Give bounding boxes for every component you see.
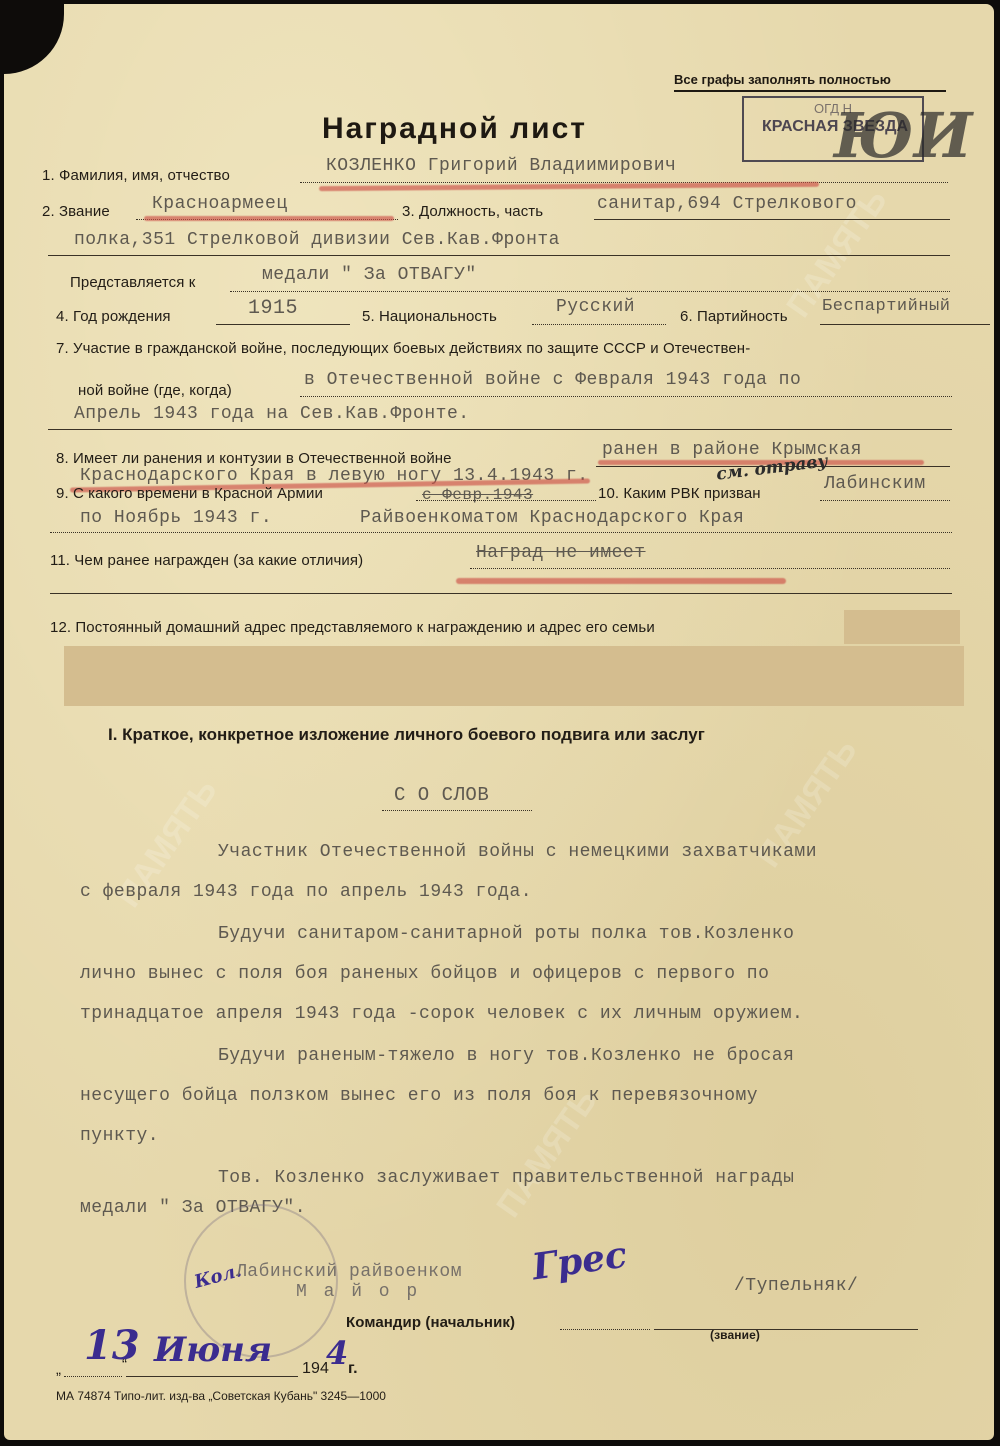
field9-line (416, 500, 596, 501)
narrative-line: несущего бойца ползком вынес его из поля… (80, 1086, 758, 1106)
date-year-prefix: 194 (302, 1360, 329, 1378)
date-open-quote: „ (56, 1361, 61, 1378)
field8-label: 8. Имеет ли ранения и контузии в Отечест… (56, 450, 452, 467)
field11-line (470, 568, 950, 569)
redacted-block (844, 610, 960, 644)
red-underline (144, 216, 394, 221)
field9-10-line-continued (50, 532, 952, 533)
signatory-name: /Тупельняк/ (734, 1276, 858, 1296)
signature: Грес (530, 1234, 630, 1289)
field10-value: Лабинским (824, 474, 926, 494)
narrative-line: с февраля 1943 года по апрель 1943 года. (80, 882, 532, 902)
field3-label: 3. Должность, часть (402, 203, 543, 220)
subtitle-underline (382, 810, 532, 811)
field12-label: 12. Постоянный домашний адрес представля… (50, 619, 655, 636)
field4-line (216, 324, 350, 325)
narrative-line: Участник Отечественной войны с немецкими… (218, 842, 817, 862)
field3-line (594, 219, 950, 220)
redacted-address (64, 646, 964, 706)
field6-label: 6. Партийность (680, 308, 788, 325)
pencil-mark: ЮИ (834, 99, 972, 172)
field11-value: Наград не имеет (476, 543, 646, 563)
field4-value: 1915 (248, 297, 298, 320)
red-underline (456, 578, 786, 584)
field10-label: 10. Каким РВК призван (598, 485, 761, 502)
field3-value-continued: полка,351 Стрелковой дивизии Сев.Кав.Фро… (74, 230, 560, 250)
section1-title: I. Краткое, конкретное изложение личного… (108, 725, 705, 745)
commander-label: Командир (начальник) (346, 1314, 515, 1331)
narrative-line: Тов. Козленко заслуживает правительствен… (218, 1168, 794, 1188)
date-close-quote: “ (122, 1356, 127, 1373)
narrative-line: тринадцатое апреля 1943 года -сорок чело… (80, 1004, 803, 1024)
field6-line (820, 324, 990, 325)
field3-value: санитар,694 Стрелкового (597, 194, 857, 214)
signatory-rank: М а й о р (296, 1282, 420, 1302)
field3-line-continued (48, 255, 950, 256)
note-underline (674, 90, 946, 92)
narrative-line: Будучи раненым-тяжело в ногу тов.Козленк… (218, 1046, 794, 1066)
section1-subtitle: С О СЛОВ (394, 784, 489, 806)
rank-caption: (звание) (710, 1328, 760, 1342)
field9-value-continued: по Ноябрь 1943 г. (80, 508, 272, 528)
field6-value: Беспартийный (822, 297, 950, 316)
field2-label: 2. Звание (42, 203, 110, 220)
printer-imprint: МА 74874 Типо-лит. изд-ва „Советская Куб… (56, 1389, 386, 1403)
signatory-title: Лабинский райвоенком (236, 1262, 462, 1282)
field7-label-line1: 7. Участие в гражданской войне, последую… (56, 340, 750, 357)
date-month-line (126, 1376, 298, 1377)
narrative-line: лично вынес с поля боя раненых бойцов и … (80, 964, 769, 984)
rank-line (654, 1329, 918, 1330)
award-sheet-document: ПАМЯТЬ ПАМЯТЬ ПАМЯТЬ ПАМЯТЬ Все графы за… (4, 4, 994, 1440)
document-title: Наградной лист (322, 112, 587, 146)
date-day: 13 (84, 1322, 140, 1369)
field5-line (532, 324, 666, 325)
red-underline (319, 182, 819, 191)
torn-corner (4, 4, 64, 74)
field4-label: 4. Год рождения (56, 308, 171, 325)
date-year-g: г. (348, 1360, 358, 1378)
field11-label: 11. Чем ранее награжден (за какие отличи… (50, 552, 363, 569)
commander-line (560, 1329, 650, 1330)
field7-value-line1: в Отечественной войне с Февраля 1943 год… (304, 370, 801, 390)
instruction-note: Все графы заполнять полностью (674, 72, 891, 87)
field5-label: 5. Национальность (362, 308, 497, 325)
narrative-line: Будучи санитаром-санитарной роты полка т… (218, 924, 794, 944)
field7-value-line2: Апрель 1943 года на Сев.Кав.Фронте. (74, 404, 470, 424)
presented-line (230, 291, 950, 292)
field7-label-line2: ной войне (где, когда) (78, 382, 232, 399)
field5-value: Русский (556, 297, 635, 317)
field10-value-continued: Райвоенкоматом Краснодарского Края (360, 508, 744, 528)
field9-value: с Февр.1943 (422, 486, 533, 504)
field9-label: 9. С какого времени в Красной Армии (56, 485, 323, 502)
presented-value: медали " За ОТВАГУ" (262, 265, 477, 285)
presented-label: Представляется к (70, 274, 195, 291)
field1-value: КОЗЛЕНКО Григорий Владиимирович (326, 156, 676, 176)
field7-line (300, 396, 952, 397)
date-day-line (64, 1376, 122, 1377)
field7-line-continued (48, 429, 952, 430)
field11-line-continued (50, 593, 952, 594)
field2-value: Красноармеец (152, 194, 288, 214)
field10-line (820, 500, 950, 501)
date-month: Июня (154, 1330, 272, 1370)
date-year-suffix: 4 (326, 1334, 348, 1372)
narrative-line: пункту. (80, 1126, 159, 1146)
field1-label: 1. Фамилия, имя, отчество (42, 167, 230, 184)
